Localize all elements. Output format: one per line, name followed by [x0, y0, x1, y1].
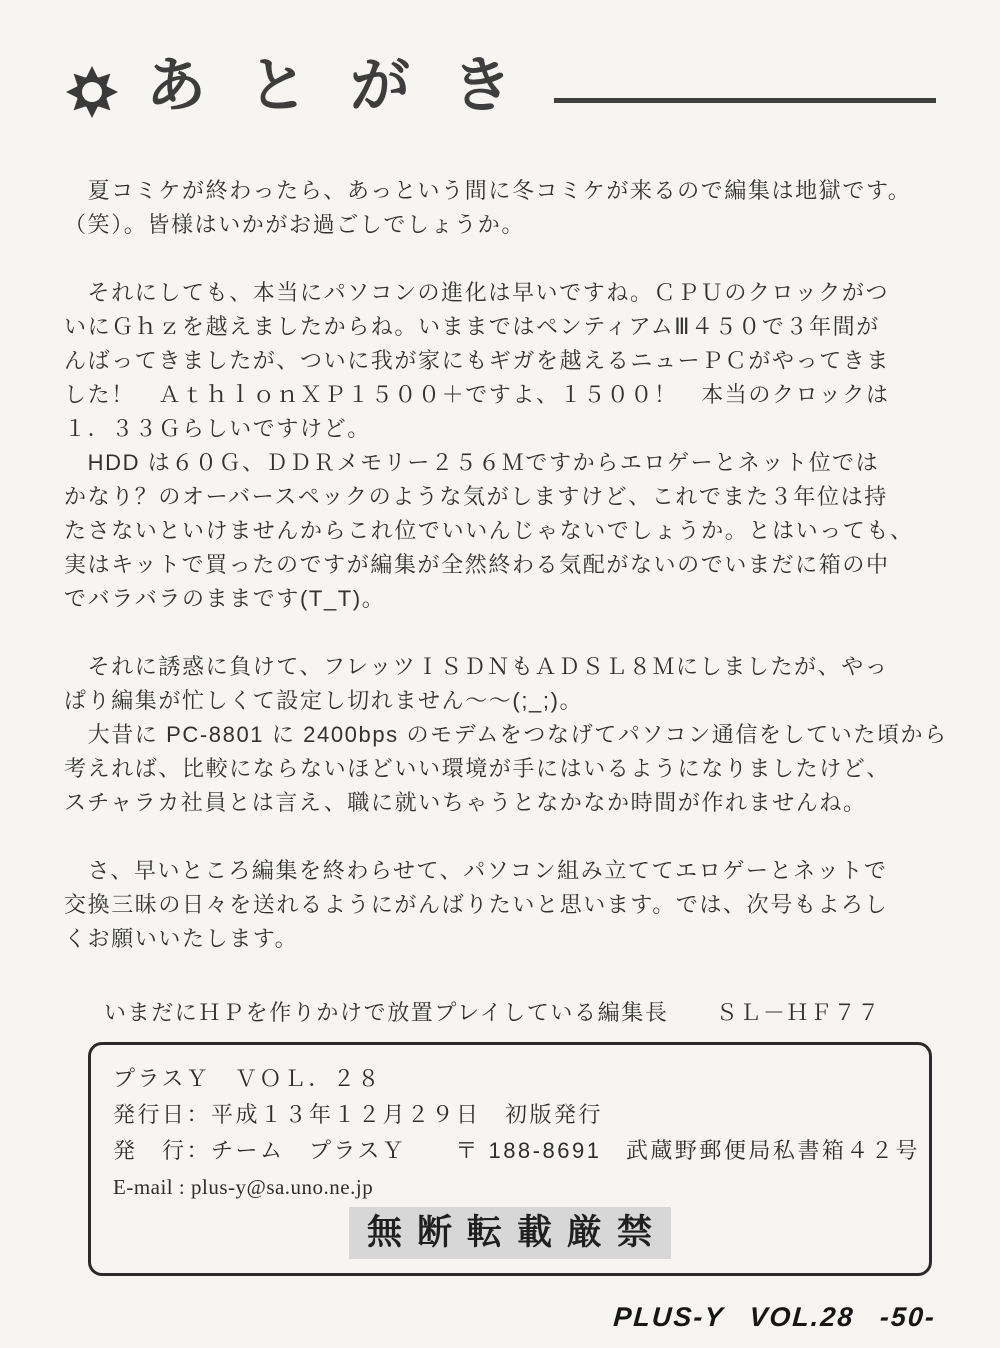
text-line: した！ ＡｔｈｌｏｎＸＰ１５００＋ですよ、１５００！ 本当のクロックは	[64, 378, 936, 412]
text-line: さ、早いところ編集を終わらせて、パソコン組み立ててエロゲーとネットで	[64, 854, 936, 888]
paragraph-5: 大昔に PC-8801 に 2400bps のモデムをつなげてパソコン通信をして…	[64, 718, 936, 820]
paragraph-6: さ、早いところ編集を終わらせて、パソコン組み立ててエロゲーとネットで交換三昧の日…	[64, 854, 936, 956]
page-footer: PLUS-Y VOL.28 -50-	[63, 1302, 937, 1333]
page-title: あとがき	[146, 50, 554, 122]
text-line: （笑）。皆様はいかがお過ごしでしょうか。	[64, 208, 936, 242]
text-line: 実はキットで買ったのですが編集が全然終わる気配がないのでいまだに箱の中	[64, 548, 936, 582]
text-line: １．３３Ｇらしいですけど。	[64, 412, 936, 446]
colophon-date: 発行日：平成１３年１２月２９日 初版発行	[113, 1097, 907, 1133]
text-line: 考えれば、比較にならないほどいい環境が手にはいるようになりましたけど、	[64, 752, 936, 786]
text-line: スチャラカ社員とは言え、職に就いちゃうとなかなか時間が作れませんね。	[64, 786, 936, 820]
notice-row: 無断転載厳禁	[113, 1207, 907, 1259]
text-line: HDD は６０Ｇ、ＤＤＲメモリー２５６Ｍですからエロゲーとネット位では	[64, 446, 936, 480]
text-line: んばってきましたが、ついに我が家にもギガを越えるニューＰＣがやってきま	[64, 344, 936, 378]
text-line: たさないといけませんからこれ位でいいんじゃないでしょうか。とはいっても、	[64, 514, 936, 548]
title-underline	[554, 98, 936, 103]
text-line: くお願いいたします。	[64, 922, 936, 956]
sun-icon	[64, 64, 120, 120]
text-line: でバラバラのままです(T_T)。	[64, 582, 936, 616]
text-line: それに誘惑に負けて、フレッツＩＳＤＮもＡＤＳＬ８Ｍにしましたが、やっ	[64, 650, 936, 684]
no-reproduction-notice: 無断転載厳禁	[349, 1207, 671, 1259]
text-line: 交換三昧の日々を送れるようにがんばりたいと思います。では、次号もよろし	[64, 888, 936, 922]
text-line: 大昔に PC-8801 に 2400bps のモデムをつなげてパソコン通信をして…	[64, 718, 936, 752]
text-line: ぱり編集が忙しくて設定し切れません～～(;_;)。	[64, 684, 936, 718]
editor-signature: いまだにＨＰを作りかけで放置プレイしている編集長 ＳＬ－ＨＦ７７	[64, 996, 936, 1030]
title-row: あとがき	[64, 50, 936, 122]
paragraph-1: 夏コミケが終わったら、あっという間に冬コミケが来るので編集は地獄です。（笑）。皆…	[64, 174, 936, 242]
afterword-body: 夏コミケが終わったら、あっという間に冬コミケが来るので編集は地獄です。（笑）。皆…	[64, 174, 936, 956]
text-line: それにしても、本当にパソコンの進化は早いですね。ＣＰＵのクロックがつ	[64, 276, 936, 310]
text-line: いにＧｈｚを越えましたからね。いままではペンティアムⅢ４５０で３年間が	[64, 310, 936, 344]
colophon-box: プラスＹ ＶＯＬ．２８ 発行日：平成１３年１２月２９日 初版発行 発 行：チーム…	[88, 1042, 932, 1276]
paragraph-2: それにしても、本当にパソコンの進化は早いですね。ＣＰＵのクロックがついにＧｈｚを…	[64, 276, 936, 446]
text-line: かなり？のオーバースペックのような気がしますけど、これでまた３年位は持	[64, 480, 936, 514]
colophon-email: E-mail : plus-y@sa.uno.ne.jp	[113, 1169, 907, 1205]
text-line: 夏コミケが終わったら、あっという間に冬コミケが来るので編集は地獄です。	[64, 174, 936, 208]
colophon-volume: プラスＹ ＶＯＬ．２８	[113, 1061, 907, 1097]
afterword-page: あとがき 夏コミケが終わったら、あっという間に冬コミケが来るので編集は地獄です。…	[0, 0, 1000, 1333]
paragraph-3: HDD は６０Ｇ、ＤＤＲメモリー２５６Ｍですからエロゲーとネット位ではかなり？の…	[64, 446, 936, 616]
colophon-publisher: 発 行：チーム プラスＹ 〒 188-8691 武蔵野郵便局私書箱４２号	[113, 1133, 907, 1169]
paragraph-4: それに誘惑に負けて、フレッツＩＳＤＮもＡＤＳＬ８Ｍにしましたが、やっぱり編集が忙…	[64, 650, 936, 718]
